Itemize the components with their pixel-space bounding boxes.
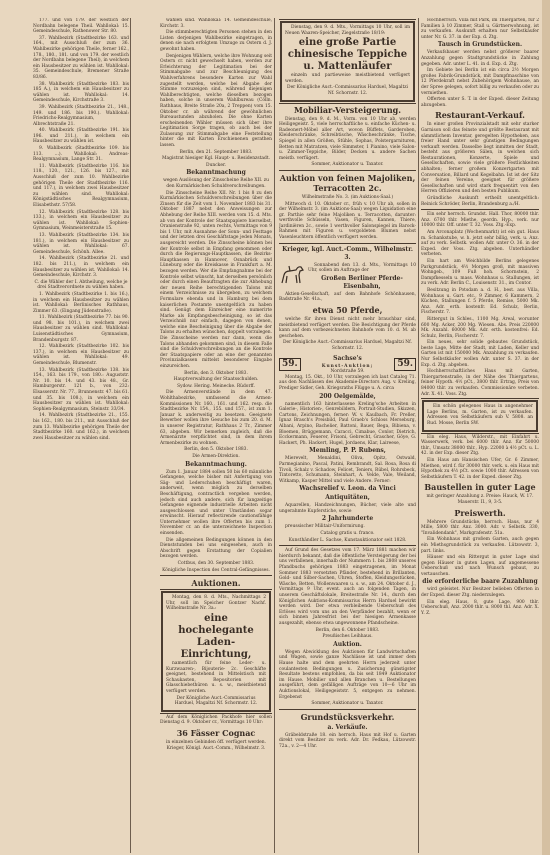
ad-title: eine große Partie chinesische Teppiche u… [285, 37, 410, 73]
listing-text: Verkaufsbauer werden nebst größerer baar… [421, 50, 539, 67]
auctions-header: Auktionen. [160, 578, 272, 588]
sachse-detail: namentlich 163 hinterlassene Kreling'sch… [279, 402, 416, 447]
horse-place: Aktien-Gesellschaft, auf dem Bahnhofe Sc… [279, 292, 416, 303]
sachse-detail-emph: Wachsrelief v. Leon. da Vinci [279, 485, 416, 493]
electoral-district-paragraph: 38. Wahlbezirk (Stadtbezirke 183. bis 18… [33, 82, 129, 104]
krieger-line: Krieger, kgl. Auct.-Comm., Wilhelmstr. 3… [279, 246, 416, 262]
page-edge [542, 0, 550, 855]
horse-company: Großen Berliner Pferde-Eisenbahn, [308, 275, 416, 291]
mobiliar-signature: Sommer, Auktionator u. Taxator. [279, 162, 416, 168]
horse-icon [279, 263, 305, 287]
divider [279, 170, 416, 171]
sachse-title-block: Sachse's Kunst-Auktion; Nordstraße 59. [322, 354, 374, 375]
column-rule [130, 18, 131, 853]
column-rule [274, 18, 275, 853]
horse-title: etwa 50 Pferde, [279, 305, 416, 315]
listing-entry: Am Arconaplatz (Wochenmarkt) ist ein gut… [421, 230, 539, 258]
listing-entry: Häuser und ein Rittergut in guter Lage s… [421, 555, 539, 577]
listing-entry: wird geleistet. Nur Besitzer belieben Of… [421, 587, 539, 598]
column-2: wählen sind. Wahllokal: 14. Gemeindeschu… [160, 18, 272, 848]
sachse-number-left: 59. [279, 358, 301, 371]
auktion-title: Auktion. [279, 641, 416, 649]
notice-text: Die Zinsscheine Reihe XII. Nr. 1 bis 8 z… [160, 191, 272, 370]
lead-text: wählen sind. Wahllokal: 14. Gemeindeschu… [160, 18, 272, 29]
horse-ad-text: Sonnabend den 13. d. Mts., Vormittags 10… [308, 263, 416, 292]
listing-entry: Ein sehr herrsch. Grundst. Hall. Thor, 8… [421, 212, 539, 229]
electoral-district-paragraph: 11. Wahlbezirk (Stadtbezirke 77. bis 90.… [33, 315, 129, 343]
majolika-text: Mittwoch d. 10. Oktober cr., früh v. 10 … [279, 202, 416, 241]
sachse-detail-emph: Memling, P. P. Rubens, [279, 447, 416, 455]
notice-title: Bekanntmachung. [160, 461, 272, 469]
listing-entry: Ein hart am Weichbilde Berlins gelegenes… [421, 259, 539, 287]
column-rule [418, 18, 419, 853]
electoral-district-paragraph: 9. Wahlbezirk (Stadtbezirke 109. bis 113… [33, 146, 129, 163]
listing-text: Gründliche Auskunft ertheilt unentgeltli… [421, 196, 539, 207]
listing-entry: Hochherrschaftliches Haus mit Garten, Th… [421, 369, 539, 397]
pfand-text: Auf Grund des Gesetzes vom 17. März 1881… [279, 548, 416, 626]
electoral-district-paragraph: 12. Wahlbezirk (Stadtbezirke 102. bis 13… [33, 344, 129, 366]
listing-text: Im Gebiete bei Berlin ist ein circa 2½ M… [421, 68, 539, 96]
auktion-text: Wegen Abwicklung des Auktionen für Landw… [279, 650, 416, 700]
sachse-detail-emph: Antiquitäten, [279, 494, 416, 502]
horse-intro: Sonnabend den 13. d. Mts., Vormittags 10… [308, 263, 416, 274]
notice-text: Zum 1. Januar 1884 sollen 50 bis 60 männ… [160, 470, 272, 537]
listing-entry: Ein Haus am Hansischen Ufer, Gr. 6 Zimme… [421, 458, 539, 480]
sachse-address: Nordstraße 59. [322, 369, 374, 375]
listing-entry: Rittergut in Schles., 1100 Mg. Areal, wo… [421, 317, 539, 339]
sachse-title: Sachse's [322, 355, 374, 363]
notice-subtitle: wegen Auslösung der Zinsscheine Reihe XI… [160, 178, 272, 189]
sachse-text: Montag, 15. Okt., 10 Uhr, vorzulegen ich… [279, 375, 416, 392]
notice-text: Die allgemeinen Bedingungen können in de… [160, 538, 272, 560]
listing-entry: Ein eleg. Haus, 8, gute Lage, 900 thlr. … [421, 600, 539, 617]
zuzahlung-title: die erforderliche baare Zuzahlung [421, 578, 539, 586]
cognac-intro: Auf dem Königlichen Packhofe hier sollen… [160, 715, 272, 726]
cognac-text: in einzelnen Gebinden öff. verfügert wer… [160, 740, 272, 751]
divider [279, 709, 416, 710]
listing-text: Hochherrsch. Villa mit Park, im Thiergar… [421, 18, 539, 40]
carpet-ad: Dienstag, den 9. d. Mts., Vormittags 10 … [280, 21, 415, 102]
electoral-district-paragraph: 1. Wahlbezirk (Stadtbezirke 1. bis 16.),… [33, 292, 129, 314]
notice-title: Bekanntmachung [160, 169, 272, 177]
sachse-big: 200 Oelgemälde, [279, 393, 416, 401]
laden-einrichtung-ad: Montag, den 8. d. Mts., Nachmittags 2 Uh… [161, 591, 271, 712]
notice-signature: Die Armen-Direktion. [160, 454, 272, 460]
ad-intro: Montag, den 8. d. Mts., Nachmittags 2 Uh… [166, 595, 266, 612]
sachse-signature: Kunsthändler L. Sachse, Kunstauktionator… [279, 538, 416, 544]
horse-text: welche für ihren Dienst nicht mehr brauc… [279, 317, 416, 339]
sachse-detail-emph: 2 Jahrhunderte [279, 515, 416, 523]
electoral-district-paragraph: 37. Wahlbezirk (Stadtbezirke 163. und 16… [33, 36, 129, 81]
sachse-number-right: 59. [394, 358, 416, 371]
divider [160, 575, 272, 576]
grund-text: Gräbeldstraße 18. ein herrsch. Haus mit … [279, 733, 416, 750]
verkaeufe-subheader: a. Verkäufe. [279, 724, 416, 732]
ad-intro: Dienstag, den 9. d. Mts., Vormittags 10 … [285, 25, 410, 36]
section-heading: C. die Wähler der I. Abtheilung, welche … [33, 280, 129, 291]
signature-name: Duncker. [160, 163, 272, 169]
notice-date: Berlin, den 5. Oktober 1883. [160, 447, 272, 453]
listing-text: Offerten unter S. T. in der Exped. diese… [421, 97, 539, 108]
divider [421, 209, 539, 210]
signature-body: Magistrat hiesiger Kgl. Haupt- u. Reside… [160, 156, 272, 162]
sachse-catalog: Catalog gratis u. franco. [279, 531, 416, 537]
horse-signature: Der Königliche Auct.-Commissarius Hardue… [279, 340, 416, 351]
electoral-district-paragraph: 13. Wahlbezirk (Stadtbezirke 138. bis 15… [33, 368, 129, 413]
notice-date: Berlin, den 3. Oktober 1883. [160, 371, 272, 377]
mobiliar-title: Mobiliar-Versteigerung. [279, 105, 416, 115]
sachse-detail: preussischer Militair-Uniformirung. [279, 524, 416, 530]
column-3: Dienstag, den 9. d. Mts., Vormittags 10 … [279, 18, 416, 848]
grundstuecksverkehr-header: Grundstücksverkehr. [279, 712, 416, 722]
ad-signature: Der Königliche Auct.-Commissarius Hardue… [285, 85, 410, 96]
baustellen-title: Baustellen in guter Lage [421, 482, 539, 492]
electoral-district-paragraph: 39. Wahlbezirk (Stadtbezirke 21., 148., … [33, 105, 129, 127]
tausch-title: Tausch in Grundstücken. [421, 41, 539, 49]
notice-names: Sydow. Hering. Meinecke. Rüdorff. [160, 384, 272, 390]
listing-entry: Besitzung in Potsdam a. d. H., best. aus… [421, 288, 539, 316]
ad-signature: Der Königliche Auct.-Commissarius Hardue… [166, 696, 266, 707]
paragraph: Die stimmberechtigten Personen stehen in… [160, 30, 272, 52]
ad-title: eine hochelegante Laden-Einrichtung, [166, 613, 266, 661]
notice-text: Die Armenverstände in dem 47. Wohlthabez… [160, 390, 272, 446]
pfand-date: Berlin, den 6. Oktober 1883. [279, 628, 416, 634]
listing-entry: Ein neues, sehr solide gebautes Grundstü… [421, 340, 539, 368]
majolika-address: Wilhelmstraße No. 3. (im Auktions-Saal.) [279, 195, 416, 201]
notice-signature: Königliche Inspection des Central-Gefäng… [160, 568, 272, 574]
column-1: 177. und von 179. der westlich der Nordb… [33, 18, 129, 848]
horse-ad: Sonnabend den 13. d. Mts., Vormittags 10… [279, 263, 416, 292]
baustellen-text: mit geringer Anzahlung z. Preise: Hauck,… [421, 494, 539, 505]
electoral-district-paragraph: 11. Wahlbezirk (Stadtbezirke 116. bis 11… [33, 164, 129, 209]
paragraph: Denjenigen Wählern, welche ihre Wohnung … [160, 54, 272, 149]
electoral-district-paragraph: 14. Wahlbezirk (Stadtbezirke 21., 155. b… [33, 413, 129, 441]
sachse-detail: Mierevelt, Menaldini, Oliva, Opitz, Ostw… [279, 456, 416, 484]
listing-entry: Ein eleg. Haus, Wilderstr., mit Einfahrt… [421, 435, 539, 457]
electoral-district-paragraph: 12. Wahlbezirk (Stadtbezirke 128. bis 13… [33, 210, 129, 232]
pfand-signature: Preußisches Leihhaus. [279, 634, 416, 640]
ad-text: Ein schön gelegenes Haus in angenehmer L… [427, 404, 533, 426]
ad-text: einzeln und partieweise meistbietend ver… [285, 73, 410, 84]
cognac-title: 36 Fässer Cognac [160, 728, 272, 738]
sachse-detail: Aquarellen, Handzeichnungen, Bücher, vie… [279, 503, 416, 514]
notice-signature: Hauptverwaltung der Staatsschulden. [160, 377, 272, 383]
preiswerth-title: Preiswerth. [421, 508, 539, 518]
mobiliar-text: Dienstag, den 9. d. M., Vorm. von 10 Uhr… [279, 117, 416, 162]
sachse-header: 59. Sachse's Kunst-Auktion; Nordstraße 5… [279, 354, 416, 375]
listing-entry: Ein Wohnhaus mit großem Garten, auch geg… [421, 537, 539, 554]
electoral-district-paragraph: 40. Wahlbezirk (Stadtbezirke 191. bis 19… [33, 128, 129, 145]
signature-date: Berlin, den 21. September 1883. [160, 150, 272, 156]
majolika-title: Auktion von feinen Majoliken, Terracotte… [279, 173, 416, 193]
listing-text: In einer großen Provinzialstadt mit sehr… [421, 122, 539, 195]
auktion-signature: Sommer, Auktionator u. Taxator. [279, 701, 416, 707]
ad-text: namentlich für feine Leder- u. Kurzwaare… [166, 661, 266, 695]
restaurant-title: Restaurant-Verkauf. [421, 110, 539, 120]
divider [279, 545, 416, 546]
electoral-district-paragraph: 14. Wahlbezirk (Stadtbezirke 21. und 182… [33, 256, 129, 278]
preiswerth-text: Mehrere Grundstücke, herrsch. Haus, nur … [421, 520, 539, 537]
boxed-ad: Ein schön gelegenes Haus in angenehmer L… [422, 400, 538, 431]
notice-date: Cottbus, den 30. September 1883. [160, 561, 272, 567]
electoral-district-paragraph: 13. Wahlbezirk (Stadtbezirke 134. bis 18… [33, 233, 129, 255]
divider [279, 243, 416, 244]
electoral-district-paragraph: 177. und von 179. der westlich der Nordb… [33, 18, 129, 35]
column-4: Hochherrsch. Villa mit Park, im Thiergar… [421, 18, 539, 848]
